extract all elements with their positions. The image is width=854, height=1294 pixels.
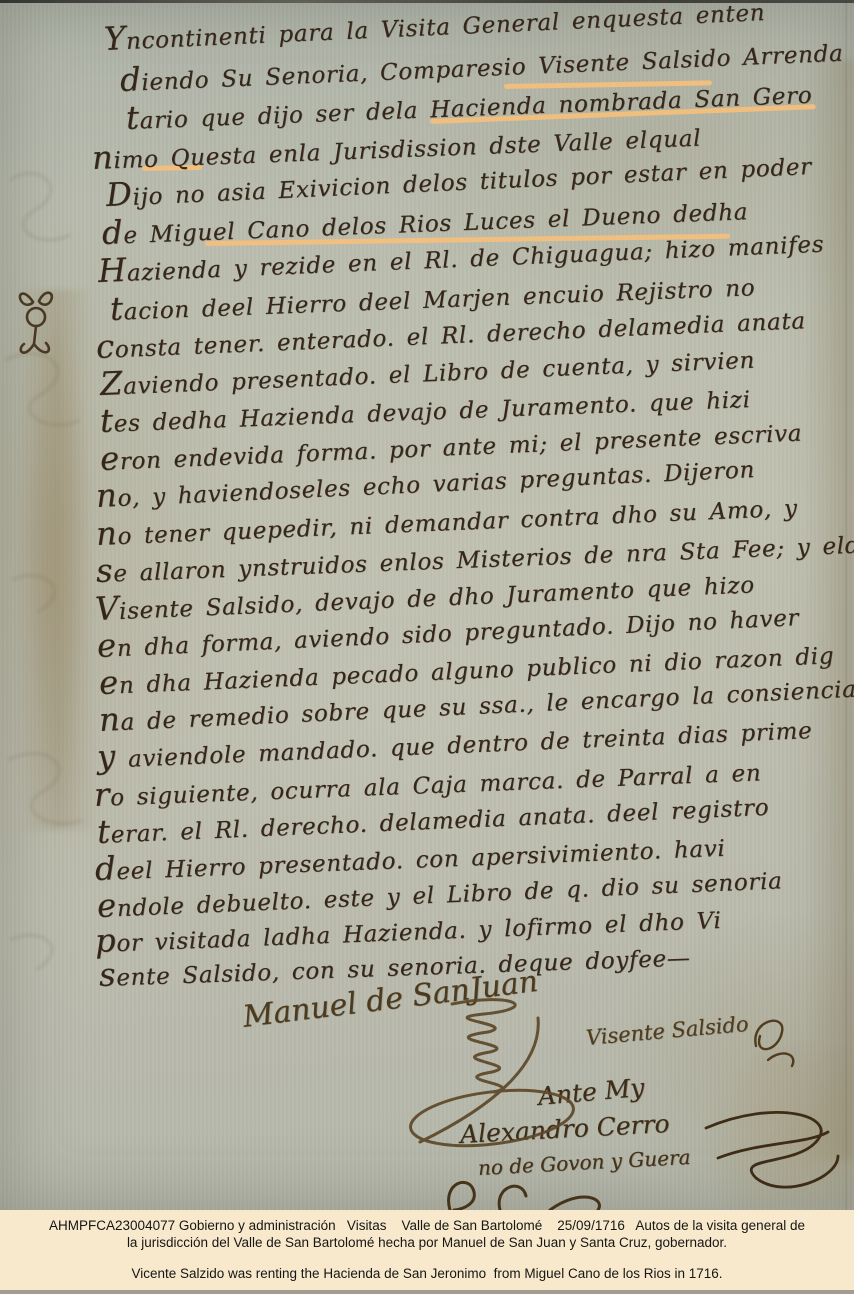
caption-line-3: Vicente Salzido was renting the Hacienda… bbox=[0, 1251, 854, 1282]
showthrough-ghost-writing bbox=[0, 120, 90, 1020]
caption-line-1: AHMPFCA23004077 Gobierno y administració… bbox=[0, 1210, 854, 1234]
page-bottom-edge bbox=[0, 1290, 854, 1294]
scanned-document-page: Yncontinenti para la Visita General enqu… bbox=[0, 0, 854, 1294]
caption-line-2: la jurisdicción del Valle de San Bartolo… bbox=[0, 1234, 854, 1251]
catalog-caption-band: AHMPFCA23004077 Gobierno y administració… bbox=[0, 1210, 854, 1294]
paper-fold-line bbox=[845, 0, 847, 1210]
